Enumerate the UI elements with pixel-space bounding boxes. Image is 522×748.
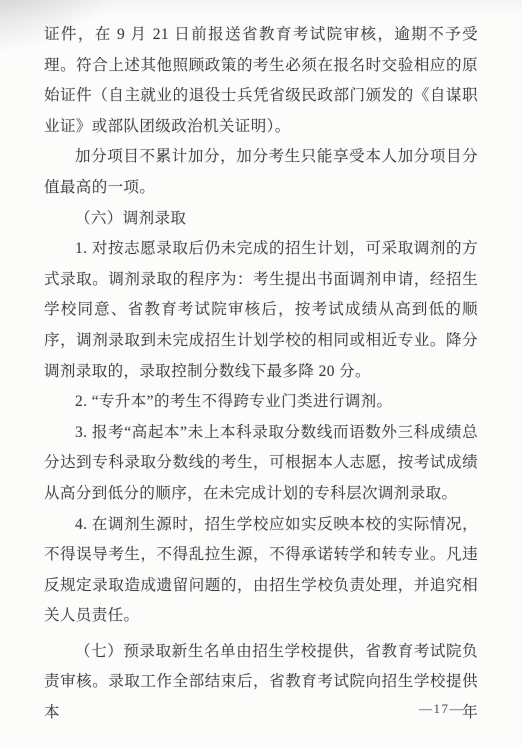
paragraph-section-seven: （七）预录取新生名单由招生学校提供，省教育考试院负责审核。录取工作全部结束后，省… [44, 637, 478, 729]
paragraph-item-4: 4. 在调剂生源时，招生学校应如实反映本校的实际情况，不得误导考生，不得乱拉生源… [44, 510, 478, 632]
document-page: 证件，在 9 月 21 日前报送省教育考试院审核，逾期不予受理。符合上述其他照顾… [0, 0, 522, 748]
paragraph-item-2: 2. “专升本”的考生不得跨专业门类进行调剂。 [44, 387, 478, 418]
section-heading-six: （六）调剂录取 [44, 204, 478, 235]
scanned-document-screenshot: { "page": { "background": "#fcfcfb", "te… [0, 0, 522, 748]
page-number: —17— [419, 701, 464, 717]
paragraph-item-1: 1. 对按志愿录取后仍未完成的招生计划，可采取调剂的方式录取。调剂录取的程序为：… [44, 234, 478, 387]
paragraph-continuation: 证件，在 9 月 21 日前报送省教育考试院审核，逾期不予受理。符合上述其他照顾… [44, 20, 478, 142]
paragraph-item-3: 3. 报考“高起本”未上本科录取分数线而语数外三科成绩总分达到专科录取分数线的考… [44, 418, 478, 510]
paragraph-bonus-points: 加分项目不累计加分，加分考生只能享受本人加分项目分值最高的一项。 [44, 142, 478, 203]
document-body: 证件，在 9 月 21 日前报送省教育考试院审核，逾期不予受理。符合上述其他照顾… [44, 20, 478, 729]
